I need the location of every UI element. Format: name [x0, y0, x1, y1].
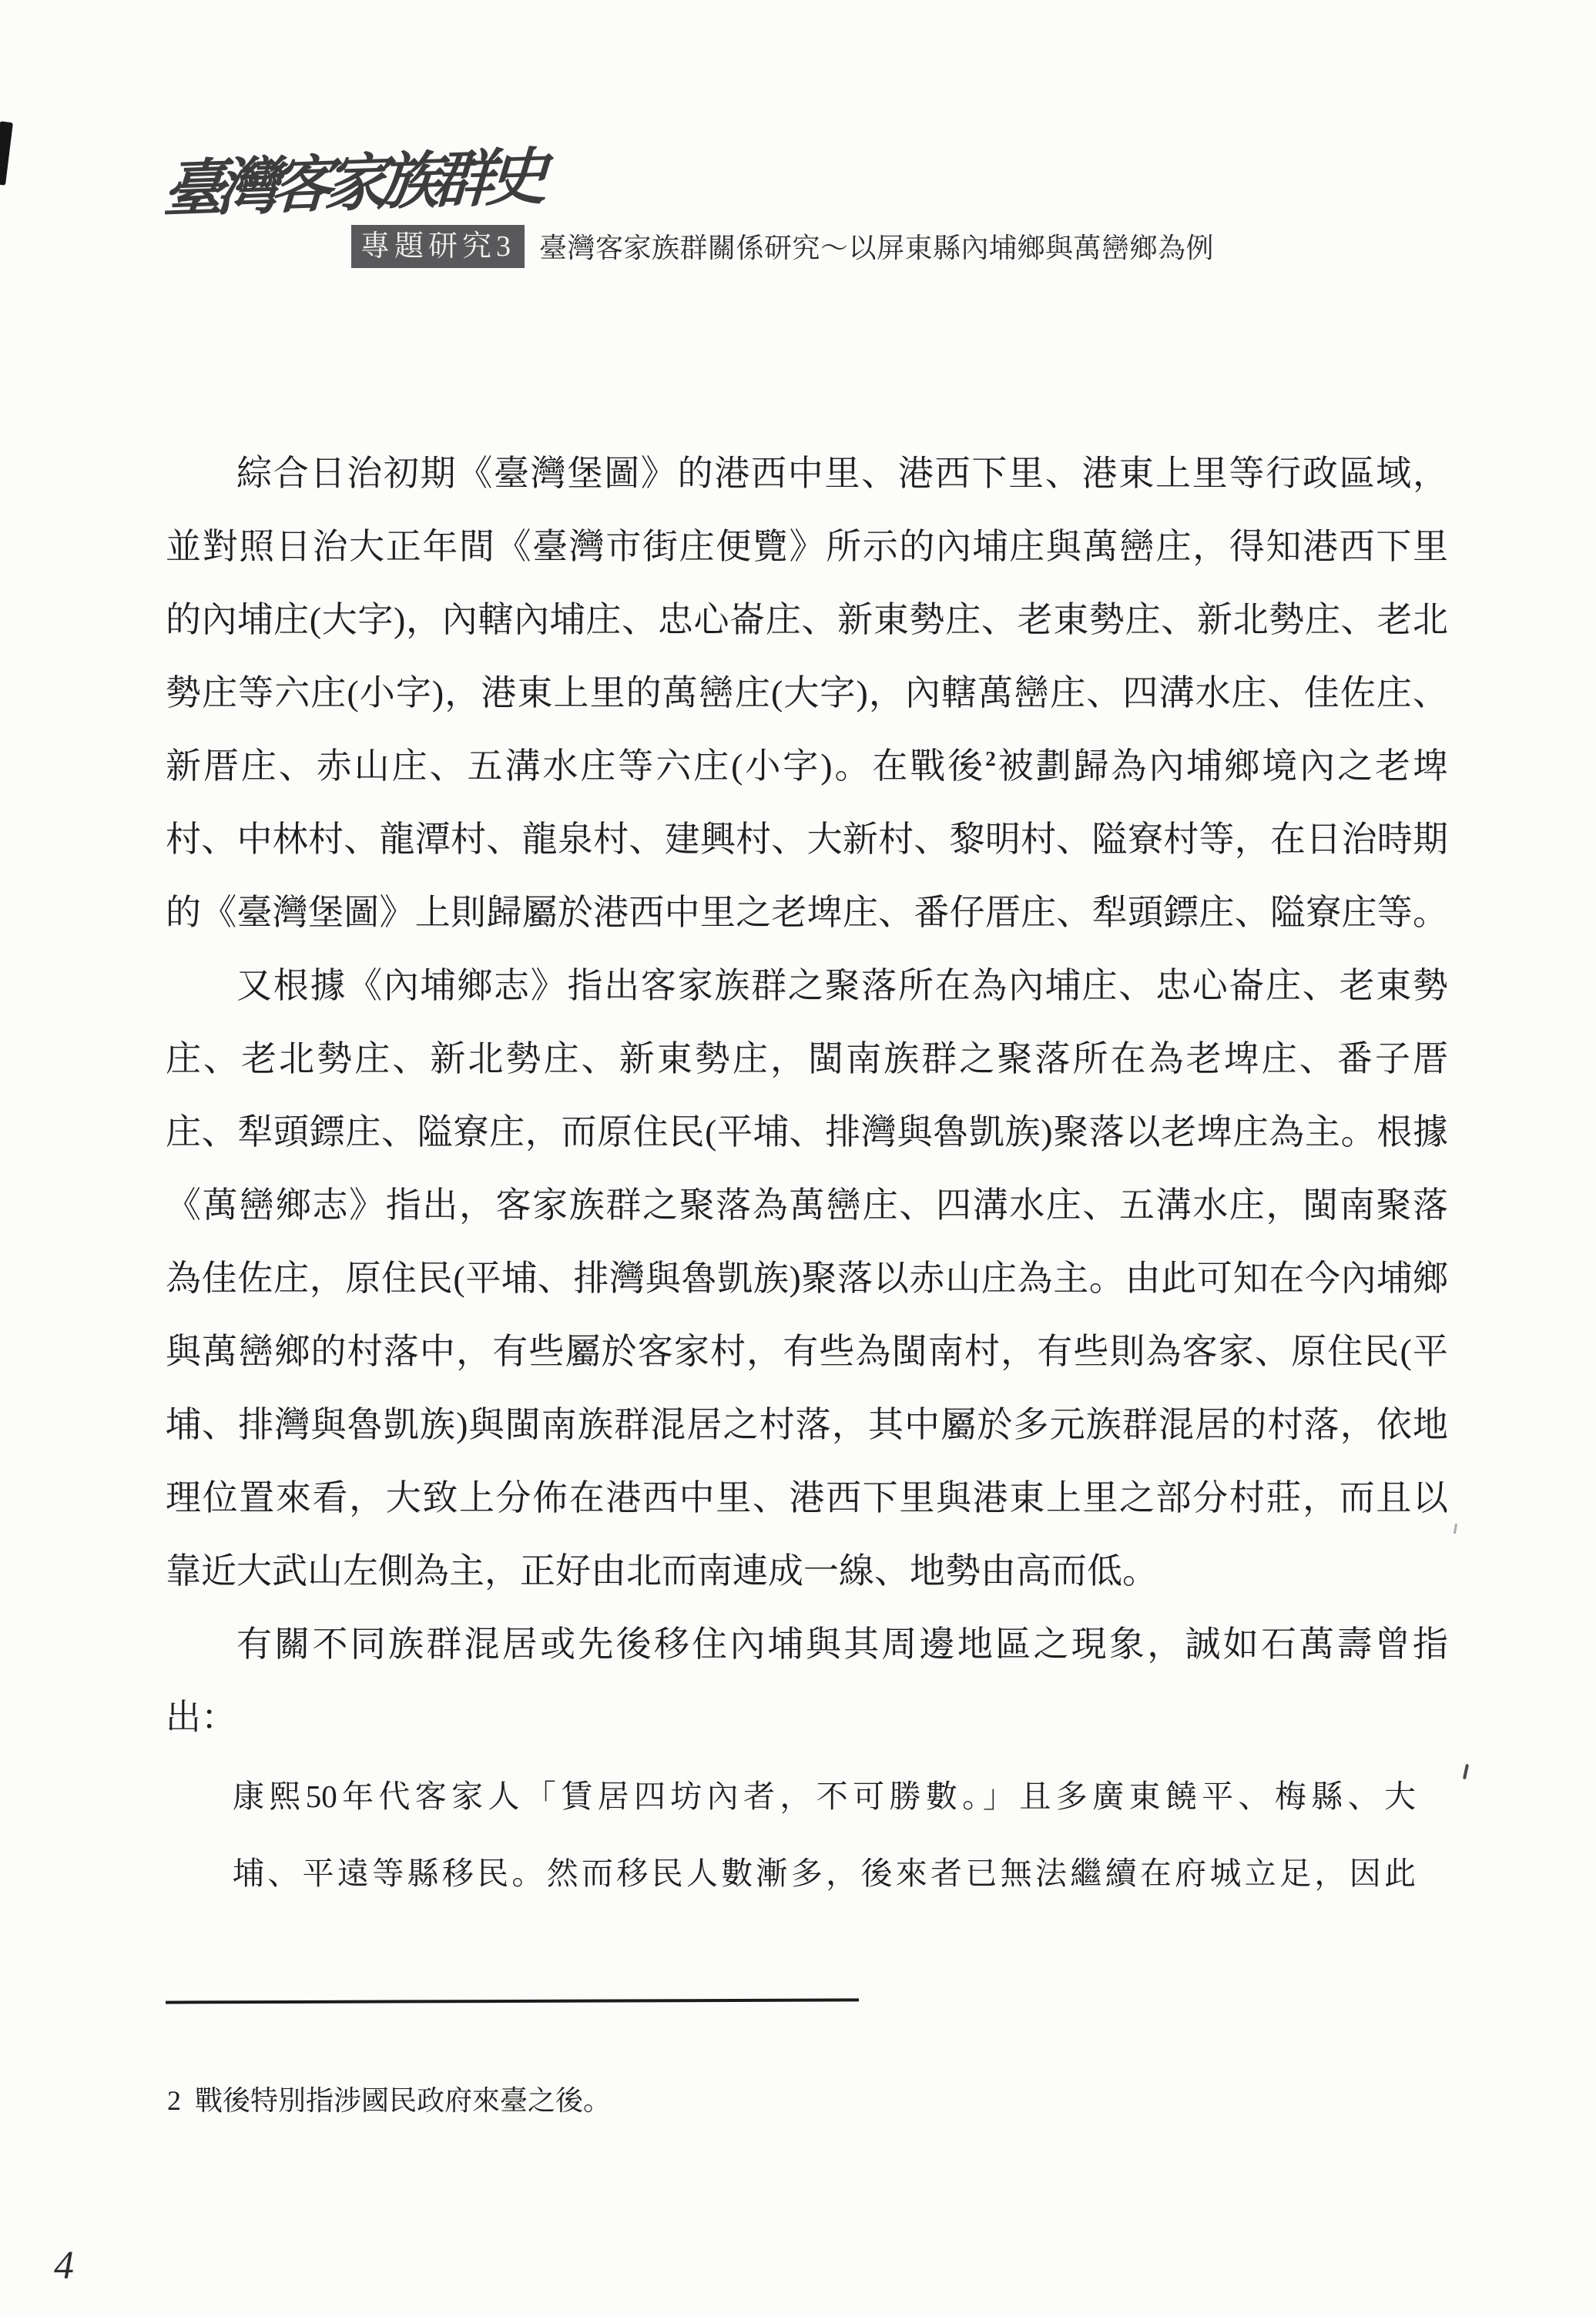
body-line: 有關不同族群混居或先後移住內埔與其周邊地區之現象，誠如石萬壽曾指: [166, 1608, 1448, 1681]
footnote-marker: 2: [167, 2081, 181, 2120]
footnote-reference: 2: [985, 747, 996, 770]
quote-line: 埔、平遠等縣移民。然而移民人數漸多，後來者已無法繼續在府城立足，因此: [233, 1835, 1416, 1912]
scan-artifact-tick: [1463, 1764, 1469, 1779]
footnote: 2戰後特別指涉國民政府來臺之後。: [167, 2081, 611, 2120]
block-quote: 康熙50年代客家人「賃居四坊內者，不可勝數。」且多廣東饒平、梅縣、大 埔、平遠等…: [233, 1758, 1416, 1912]
body-line: 庄、老北勢庄、新北勢庄、新東勢庄，閩南族群之聚落所在為老埤庄、番子厝: [166, 1022, 1448, 1095]
body-line: 出：: [166, 1681, 1448, 1754]
body-line: 與萬巒鄉的村落中，有些屬於客家村，有些為閩南村，有些則為客家、原住民(平: [166, 1315, 1448, 1388]
quote-line: 康熙50年代客家人「賃居四坊內者，不可勝數。」且多廣東饒平、梅縣、大: [233, 1758, 1416, 1835]
footnote-separator: [166, 1998, 859, 2003]
footnote-text: 戰後特別指涉國民政府來臺之後。: [195, 2085, 611, 2116]
body-line-segment: 被劃歸為內埔鄉境內之老埤: [996, 746, 1448, 786]
body-line: 庄、犁頭鏢庄、隘寮庄，而原住民(平埔、排灣與魯凱族)聚落以老埤庄為主。根據: [166, 1095, 1448, 1169]
body-line: 靠近大武山左側為主，正好由北而南連成一線、地勢由高而低。: [166, 1534, 1448, 1608]
report-subtitle: 臺灣客家族群關係研究～以屏東縣內埔鄉與萬巒鄉為例: [539, 230, 1214, 266]
body-line: 綜合日治初期《臺灣堡圖》的港西中里、港西下里、港東上里等行政區域，: [166, 437, 1448, 510]
page-number: 4: [54, 2243, 74, 2288]
scan-artifact-tick: [1453, 1524, 1457, 1534]
scan-artifact-edge: [0, 121, 13, 185]
body-line-segment: 新厝庄、赤山庄、五溝水庄等六庄(小字)。在戰後: [166, 746, 985, 786]
body-line: 的《臺灣堡圖》上則歸屬於港西中里之老埤庄、番仔厝庄、犁頭鏢庄、隘寮庄等。: [166, 876, 1448, 949]
series-title-calligraphy: 臺灣客家族群史: [161, 127, 543, 229]
body-line: 埔、排灣與魯凱族)與閩南族群混居之村落，其中屬於多元族群混居的村落，依地: [166, 1388, 1448, 1461]
body-line: 並對照日治大正年間《臺灣市街庄便覽》所示的內埔庄與萬巒庄，得知港西下里: [166, 510, 1448, 583]
series-badge: 專題研究3: [351, 225, 525, 268]
document-page: 臺灣客家族群史 專題研究3 臺灣客家族群關係研究～以屏東縣內埔鄉與萬巒鄉為例 綜…: [0, 0, 1596, 2317]
body-line: 又根據《內埔鄉志》指出客家族群之聚落所在為內埔庄、忠心崙庄、老東勢: [166, 949, 1448, 1022]
body-line: 為佳佐庄，原住民(平埔、排灣與魯凱族)聚落以赤山庄為主。由此可知在今內埔鄉: [166, 1242, 1448, 1315]
body-line: 的內埔庄(大字)，內轄內埔庄、忠心崙庄、新東勢庄、老東勢庄、新北勢庄、老北: [166, 583, 1448, 656]
body-line: 理位置來看，大致上分佈在港西中里、港西下里與港東上里之部分村莊，而且以: [166, 1461, 1448, 1534]
body-line: 村、中林村、龍潭村、龍泉村、建興村、大新村、黎明村、隘寮村等，在日治時期: [166, 803, 1448, 876]
body-line: 勢庄等六庄(小字)，港東上里的萬巒庄(大字)，內轄萬巒庄、四溝水庄、佳佐庄、: [166, 656, 1448, 729]
body-text: 綜合日治初期《臺灣堡圖》的港西中里、港西下里、港東上里等行政區域， 並對照日治大…: [166, 437, 1448, 1754]
body-line: 《萬巒鄉志》指出，客家族群之聚落為萬巒庄、四溝水庄、五溝水庄，閩南聚落: [166, 1169, 1448, 1242]
body-line: 新厝庄、赤山庄、五溝水庄等六庄(小字)。在戰後2被劃歸為內埔鄉境內之老埤: [166, 729, 1448, 803]
